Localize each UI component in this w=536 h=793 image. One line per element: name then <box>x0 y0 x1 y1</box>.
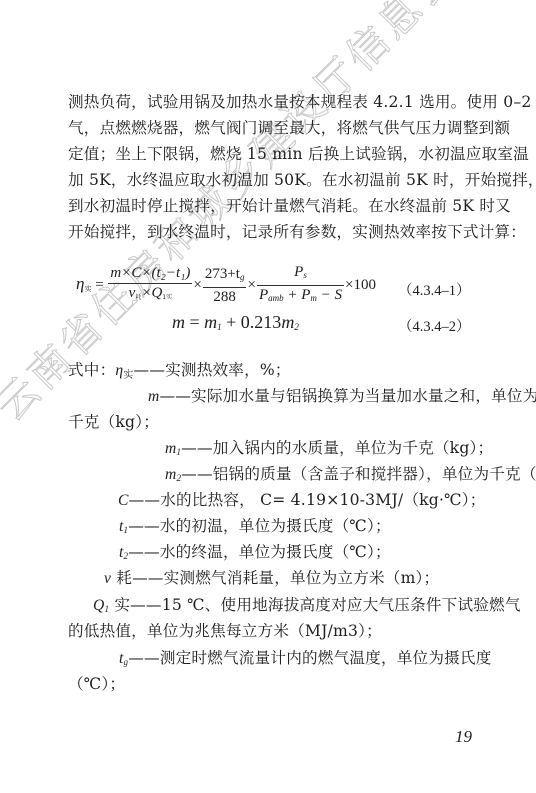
document-page: 云南省住房和城乡建设厅信息公开浏览专用 测热负荷，试验用锅及加热水量按本规程表 … <box>0 0 536 793</box>
formula-4-3-4-1: η实 = m×C×(t₂−t₁) v耗×Q1实 × 273+tg 288 × P… <box>76 264 376 307</box>
equation-number-1: （4.3.4–1） <box>398 279 471 300</box>
definition-c: C——水的比热容， C= 4.19×10-3MJ/（kg·℃）； <box>118 490 520 511</box>
paragraph-line-5: 到水初温时停止搅拌，开始计量燃气消耗。在水终温前 5K 时又 <box>68 196 470 216</box>
paragraph-line-3: 定值；坐上下限锅，燃烧 15 min 后换上试验锅，水初温应取室温 <box>68 144 470 164</box>
definition-m-wrap: 千克（kg）； <box>68 412 470 432</box>
fraction-temperature: 273+tg 288 <box>203 266 247 306</box>
definition-q1: Q1 实——15 ℃、使用地海拔高度对应大气压条件下试验燃气 <box>93 595 495 619</box>
page-number: 19 <box>455 727 472 747</box>
formula-4-3-4-2: m = m1 + 0.213m2 <box>172 312 299 333</box>
definition-t2: t2——水的终温，单位为摄氏度（℃）； <box>119 542 521 566</box>
paragraph-line-6: 开始搅拌，到水终温时，记录所有参数，实测热效率按下式计算： <box>68 222 470 242</box>
equation-number-2: （4.3.4–2） <box>398 315 471 336</box>
definition-tg: tg——测定时燃气流量计内的燃气温度，单位为摄氏度 <box>119 648 521 672</box>
definition-m2: m2——铝锅的质量（含盖子和搅拌器），单位为千克（kg）； <box>165 464 536 488</box>
definition-t1: t1——水的初温，单位为摄氏度（℃）； <box>119 516 521 540</box>
definition-m1: m1——加入锅内的水质量，单位为千克（kg）； <box>165 438 536 462</box>
paragraph-line-4: 加 5K，水终温应取水初温加 50K。在水初温前 5K 时，开始搅拌， <box>68 170 470 190</box>
definition-m: m——实际加水量与铝锅换算为当量加水量之和，单位为 <box>148 386 536 407</box>
paragraph-line-1: 测热负荷，试验用锅及加热水量按本规程表 4.2.1 选用。使用 0–2 <box>68 92 470 112</box>
fraction-heat: m×C×(t₂−t₁) v耗×Q1实 <box>108 265 192 306</box>
definition-v: v 耗——实测燃气消耗量，单位为立方米（m）； <box>104 568 506 589</box>
paragraph-line-2: 气，点燃燃烧器，燃气阀门调至最大，将燃气供气压力调整到额 <box>68 118 470 138</box>
definition-tg-wrap: （℃）； <box>68 674 470 694</box>
definition-eta: 式中：η实——实测热效率，%； <box>68 360 470 386</box>
fraction-pressure: Ps Pamb + Pm − S <box>257 264 344 307</box>
definition-q1-wrap: 的低热值，单位为兆焦每立方米（MJ/m3）； <box>68 621 470 641</box>
